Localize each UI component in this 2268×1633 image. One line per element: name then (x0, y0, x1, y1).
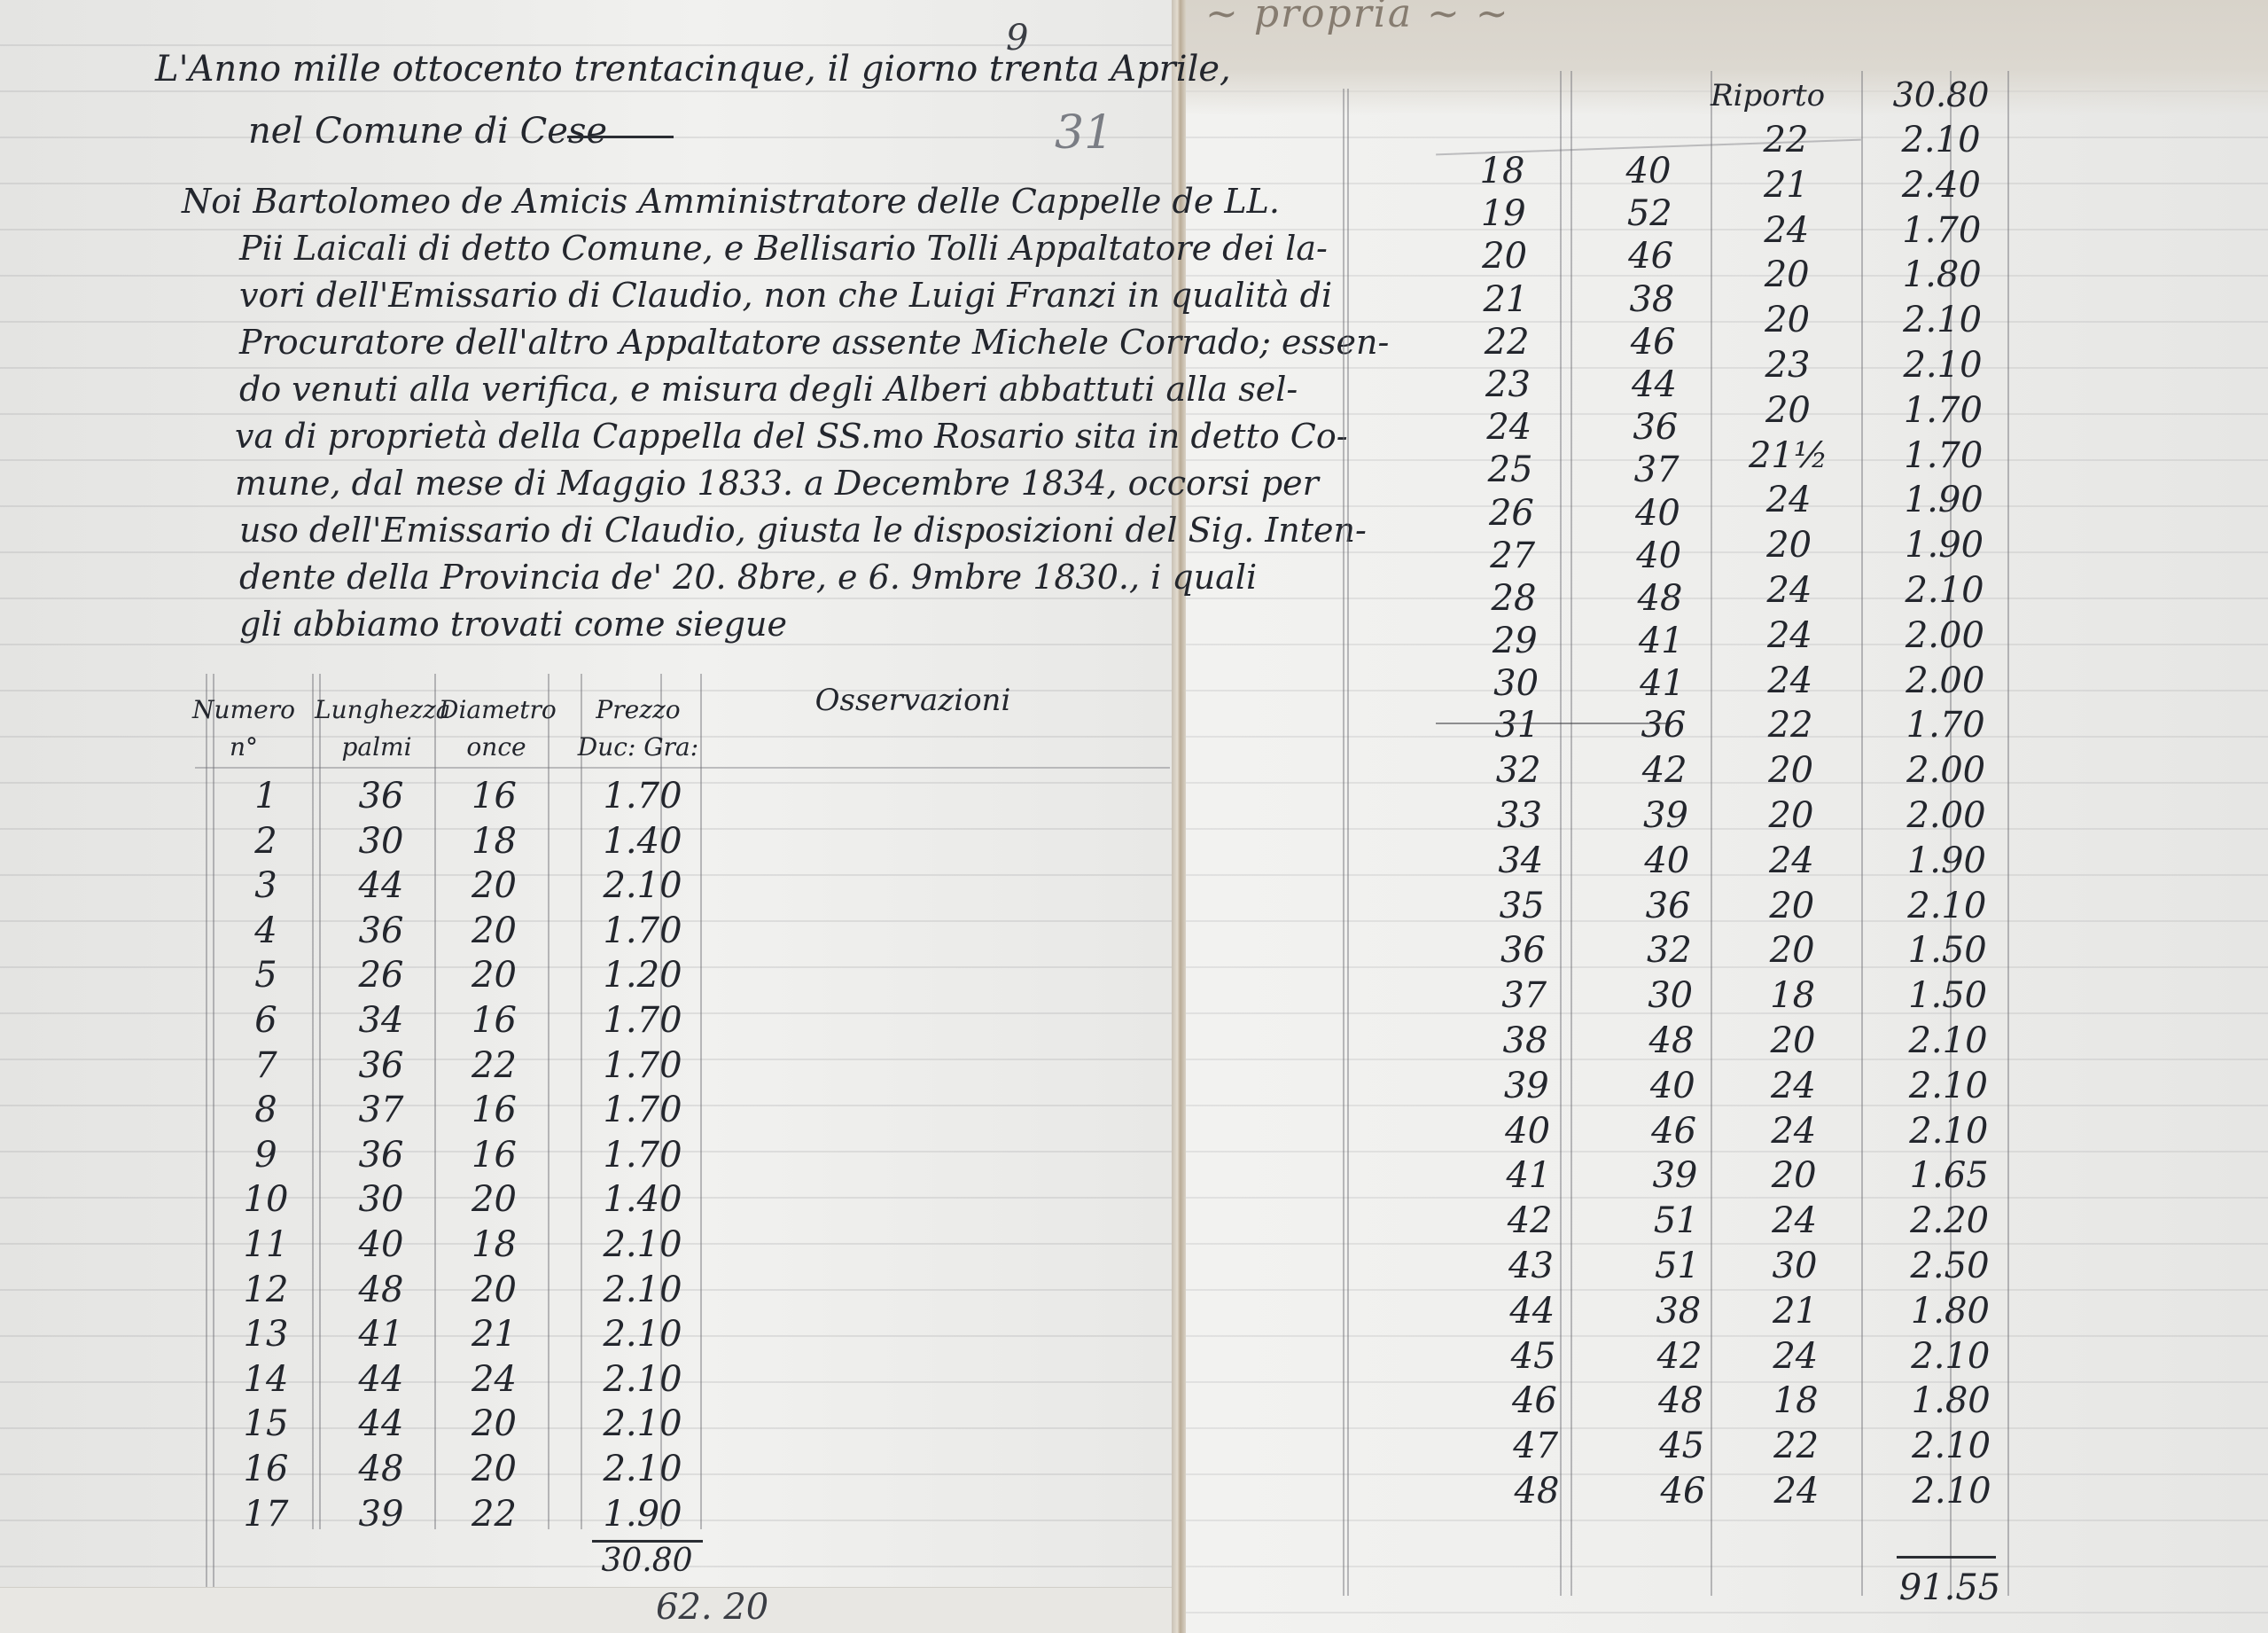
grand-total: 91.55 (1870, 1567, 2030, 1608)
cell-lunghezza: 40 (1610, 1066, 1734, 1106)
cell-diametro: 22 (1721, 1426, 1872, 1466)
cell-numero: 9 (217, 1135, 315, 1176)
cell-numero: 26 (1462, 493, 1560, 534)
cell-prezzo: 2.10 (1867, 886, 2027, 926)
cell-prezzo: 2.10 (1872, 1471, 2031, 1512)
cell-lunghezza: 46 (1612, 1111, 1736, 1152)
lower-sheet-edge (0, 1587, 1172, 1633)
cell-diametro: 23 (1712, 345, 1863, 386)
cell-prezzo: 2.10 (576, 1314, 709, 1355)
cell-numero: 17 (217, 1494, 315, 1535)
cell-lunghezza: 40 (1605, 840, 1729, 881)
cell-diametro: 21½ (1713, 435, 1864, 476)
cell-lunghezza: 52 (1587, 193, 1711, 234)
paragraph-line: Pii Laicali di detto Comune, e Bellisari… (239, 229, 1328, 268)
header-osservazioni: Osservazioni (798, 678, 1028, 723)
cell-lunghezza: 48 (323, 1270, 439, 1310)
paragraph-line: uso dell'Emissario di Claudio, giusta le… (239, 511, 1367, 550)
cell-numero: 31 (1469, 705, 1566, 746)
cell-prezzo: 1.90 (576, 1494, 709, 1535)
cell-prezzo: 2.10 (576, 1449, 709, 1489)
heading-rule (567, 136, 674, 138)
cell-diametro: 20 (1712, 390, 1863, 431)
cell-diametro: 21 (439, 1314, 549, 1355)
cell-diametro: 22 (439, 1045, 549, 1086)
cell-lunghezza: 44 (323, 1403, 439, 1444)
cell-diametro: 20 (1718, 1020, 1868, 1061)
cell-numero: 41 (1480, 1155, 1578, 1196)
paragraph-line: vori dell'Emissario di Claudio, non che … (239, 276, 1332, 315)
cell-lunghezza: 36 (1594, 407, 1718, 448)
header-diametro: Diametro once (439, 691, 554, 766)
cell-lunghezza: 34 (323, 1000, 439, 1041)
cell-diametro: 20 (1712, 300, 1863, 340)
cell-numero: 1 (217, 776, 315, 816)
cell-diametro: 24 (1718, 1066, 1868, 1106)
cell-numero: 28 (1465, 578, 1563, 619)
cell-prezzo: 1.70 (576, 1090, 709, 1130)
cell-diametro: 24 (1713, 480, 1864, 520)
cell-diametro: 22 (1715, 705, 1866, 746)
lower-sheet-partial-number: 62. 20 (656, 1587, 768, 1628)
cell-prezzo: 2.10 (1865, 570, 2024, 611)
cell-diametro: 20 (439, 955, 549, 996)
cell-prezzo: 1.80 (1870, 1291, 2030, 1332)
carry-forward-label: Riporto (1711, 78, 1825, 113)
cell-lunghezza: 39 (323, 1494, 439, 1535)
cell-prezzo: 1.70 (576, 1000, 709, 1041)
column-rule (319, 674, 321, 1529)
cell-prezzo: 2.10 (1863, 345, 2022, 386)
cell-numero: 39 (1477, 1066, 1575, 1106)
cell-lunghezza: 48 (1609, 1020, 1734, 1061)
cell-numero: 37 (1476, 975, 1573, 1016)
cell-prezzo: 1.80 (1871, 1380, 2030, 1421)
cell-numero: 34 (1472, 840, 1570, 881)
cell-numero: 36 (1474, 930, 1571, 971)
cell-numero: 18 (1454, 151, 1551, 191)
cell-prezzo: 1.40 (576, 821, 709, 862)
cell-numero: 33 (1471, 795, 1569, 836)
cell-numero: 30 (1468, 663, 1565, 704)
cell-diametro: 22 (439, 1494, 549, 1535)
cell-numero: 22 (1458, 322, 1555, 363)
cell-numero: 23 (1460, 364, 1557, 405)
cell-lunghezza: 46 (1591, 322, 1715, 363)
cell-numero: 19 (1454, 193, 1552, 234)
cell-diametro: 22 (1711, 120, 1861, 160)
cell-diametro: 18 (1718, 975, 1868, 1016)
cell-prezzo: 1.70 (576, 1045, 709, 1086)
cell-lunghezza: 44 (1593, 364, 1717, 405)
cell-prezzo: 2.10 (1863, 300, 2022, 340)
cell-prezzo: 2.10 (1868, 1020, 2028, 1061)
cell-diametro: 20 (1719, 1155, 1869, 1196)
cell-prezzo: 2.10 (576, 1224, 709, 1265)
cell-prezzo: 2.10 (1868, 1066, 2028, 1106)
grand-total-rule (1897, 1556, 1996, 1559)
cell-lunghezza: 48 (1598, 578, 1722, 619)
cell-numero: 27 (1464, 535, 1562, 576)
cell-numero: 43 (1483, 1246, 1580, 1286)
overlapping-sheet-partial-text: ~ propria ~ ~ (1205, 0, 1510, 36)
cell-numero: 32 (1469, 750, 1567, 791)
cell-diametro: 20 (439, 910, 549, 951)
cell-prezzo: 2.00 (1867, 750, 2026, 791)
cell-prezzo: 2.10 (1861, 120, 2021, 160)
column-rule (1347, 89, 1349, 1596)
cell-numero: 21 (1457, 279, 1555, 320)
cell-prezzo: 1.50 (1867, 930, 2027, 971)
cell-prezzo: 1.40 (576, 1179, 709, 1220)
cell-diametro: 20 (439, 1403, 549, 1444)
column-rule (1343, 89, 1344, 1596)
paragraph-line: Noi Bartolomeo de Amicis Amministratore … (182, 182, 1280, 221)
cell-lunghezza: 48 (323, 1449, 439, 1489)
cell-diametro: 24 (1721, 1471, 1872, 1512)
cell-lunghezza: 39 (1604, 795, 1728, 836)
cell-diametro: 18 (439, 821, 549, 862)
cell-numero: 11 (217, 1224, 315, 1265)
carry-forward-value: 30.80 (1861, 75, 2021, 114)
cell-numero: 46 (1485, 1380, 1583, 1421)
cell-numero: 15 (217, 1403, 315, 1444)
cell-diametro: 20 (1716, 750, 1867, 791)
cell-prezzo: 2.00 (1867, 795, 2026, 836)
cell-numero: 44 (1484, 1291, 1581, 1332)
paragraph-line: do venuti alla verifica, e misura degli … (239, 370, 1298, 409)
cell-diametro: 16 (439, 1090, 549, 1130)
cell-lunghezza: 30 (1609, 975, 1733, 1016)
cell-prezzo: 1.70 (576, 1135, 709, 1176)
cell-numero: 14 (217, 1359, 315, 1400)
cell-lunghezza: 32 (1607, 930, 1731, 971)
cell-lunghezza: 36 (1602, 705, 1726, 746)
cell-lunghezza: 37 (1594, 449, 1719, 490)
heading-line-2: nel Comune di Cese (248, 111, 607, 152)
cell-prezzo: 1.70 (1862, 210, 2022, 251)
cell-prezzo: 2.00 (1866, 660, 2025, 701)
cell-lunghezza: 36 (323, 1045, 439, 1086)
paragraph-line: gli abbiamo trovati come siegue (239, 605, 787, 644)
paragraph-line: dente della Provincia de' 20. 8bre, e 6.… (239, 558, 1257, 597)
cell-diametro: 24 (1715, 660, 1866, 701)
cell-prezzo: 1.65 (1869, 1155, 2029, 1196)
column-rule (206, 674, 207, 1587)
cell-numero: 20 (1456, 236, 1554, 277)
cell-prezzo: 1.50 (1868, 975, 2028, 1016)
cell-diametro: 21 (1719, 1291, 1870, 1332)
cell-lunghezza: 40 (1586, 151, 1711, 191)
cell-prezzo: 1.90 (1865, 525, 2024, 566)
cell-numero: 12 (217, 1270, 315, 1310)
cell-prezzo: 2.20 (1870, 1200, 2030, 1241)
cell-diametro: 24 (1711, 210, 1862, 251)
cell-numero: 7 (217, 1045, 315, 1086)
cell-prezzo: 1.70 (1863, 390, 2022, 431)
cell-lunghezza: 44 (323, 865, 439, 906)
cell-lunghezza: 44 (323, 1359, 439, 1400)
cell-numero: 8 (217, 1090, 315, 1130)
cell-numero: 24 (1461, 407, 1558, 448)
cell-numero: 38 (1477, 1020, 1574, 1061)
cell-diametro: 20 (439, 865, 549, 906)
cell-numero: 29 (1466, 621, 1563, 661)
cell-diametro: 20 (1717, 930, 1867, 971)
cell-prezzo: 1.80 (1862, 254, 2022, 295)
header-numero: Numero n° (191, 691, 297, 766)
cell-lunghezza: 40 (323, 1224, 439, 1265)
cell-lunghezza: 41 (323, 1314, 439, 1355)
cell-prezzo: 2.00 (1865, 615, 2024, 656)
paragraph-line: mune, dal mese di Maggio 1833. a Decembr… (235, 464, 1319, 503)
heading-line-1: L'Anno mille ottocento trentacinque, il … (155, 49, 1231, 90)
cell-lunghezza: 26 (323, 955, 439, 996)
cell-lunghezza: 40 (1595, 493, 1719, 534)
cell-lunghezza: 36 (1606, 886, 1730, 926)
cell-prezzo: 1.70 (576, 910, 709, 951)
cell-numero: 40 (1479, 1111, 1577, 1152)
cell-diametro: 20 (439, 1449, 549, 1489)
cell-numero: 48 (1488, 1471, 1586, 1512)
cell-numero: 4 (217, 910, 315, 951)
cell-prezzo: 2.10 (1871, 1336, 2030, 1377)
cell-prezzo: 2.10 (576, 1270, 709, 1310)
cell-numero: 25 (1461, 449, 1559, 490)
cell-prezzo: 2.10 (576, 1359, 709, 1400)
cell-diametro: 24 (1714, 615, 1865, 656)
cell-lunghezza: 38 (1590, 279, 1714, 320)
cell-diametro: 20 (1714, 525, 1865, 566)
header-lunghezza: Lunghezza palmi (315, 691, 439, 766)
cell-prezzo: 1.90 (1867, 840, 2026, 881)
left-subtotal: 30.80 (585, 1543, 709, 1579)
cell-lunghezza: 40 (1597, 535, 1721, 576)
cell-lunghezza: 30 (323, 1179, 439, 1220)
cell-lunghezza: 37 (323, 1090, 439, 1130)
cell-lunghezza: 36 (323, 1135, 439, 1176)
cell-diametro: 24 (1719, 1200, 1870, 1241)
cell-lunghezza: 41 (1601, 663, 1725, 704)
cell-numero: 6 (217, 1000, 315, 1041)
cell-prezzo: 2.50 (1870, 1246, 2030, 1286)
cell-numero: 2 (217, 821, 315, 862)
cell-numero: 42 (1481, 1200, 1578, 1241)
cell-prezzo: 1.70 (576, 776, 709, 816)
cell-prezzo: 1.70 (1864, 435, 2023, 476)
cell-numero: 45 (1485, 1336, 1582, 1377)
cell-diametro: 24 (439, 1359, 549, 1400)
cell-diametro: 16 (439, 776, 549, 816)
cell-prezzo: 1.90 (1864, 480, 2023, 520)
cell-prezzo: 2.10 (1869, 1111, 2029, 1152)
cell-prezzo: 2.40 (1861, 165, 2021, 206)
cell-prezzo: 2.10 (1872, 1426, 2031, 1466)
cell-diametro: 20 (1717, 886, 1867, 926)
cell-numero: 35 (1473, 886, 1570, 926)
cell-diametro: 16 (439, 1000, 549, 1041)
cell-lunghezza: 36 (323, 776, 439, 816)
cell-numero: 13 (217, 1314, 315, 1355)
cell-lunghezza: 42 (1602, 750, 1726, 791)
cell-diametro: 18 (439, 1224, 549, 1265)
cell-prezzo: 2.10 (576, 865, 709, 906)
cell-diametro: 30 (1719, 1246, 1870, 1286)
cell-diametro: 16 (439, 1135, 549, 1176)
paragraph-line: Procuratore dell'altro Appaltatore assen… (239, 323, 1389, 362)
cell-lunghezza: 36 (323, 910, 439, 951)
cell-prezzo: 2.10 (576, 1403, 709, 1444)
cell-diametro: 20 (1716, 795, 1867, 836)
column-rule (213, 674, 214, 1587)
cell-prezzo: 1.70 (1866, 705, 2025, 746)
paragraph-line: va di proprietà della Cappella del SS.mo… (235, 417, 1348, 456)
cell-diametro: 24 (1716, 840, 1867, 881)
header-prezzo: Prezzo Duc: Gra: (567, 691, 709, 766)
cell-numero: 10 (217, 1179, 315, 1220)
cell-diametro: 20 (439, 1179, 549, 1220)
cell-diametro: 20 (1711, 254, 1862, 295)
cell-prezzo: 1.20 (576, 955, 709, 996)
cell-diametro: 24 (1714, 570, 1865, 611)
cell-diametro: 24 (1720, 1336, 1871, 1377)
cell-numero: 16 (217, 1449, 315, 1489)
cell-diametro: 18 (1720, 1380, 1871, 1421)
cell-lunghezza: 41 (1599, 621, 1723, 661)
cell-numero: 5 (217, 955, 315, 996)
pencil-number: 31 (1055, 106, 1113, 160)
cell-diametro: 24 (1719, 1111, 1869, 1152)
cell-diametro: 20 (439, 1270, 549, 1310)
cell-numero: 47 (1487, 1426, 1585, 1466)
cell-lunghezza: 30 (323, 821, 439, 862)
cell-numero: 3 (217, 865, 315, 906)
header-rule (195, 767, 1170, 769)
cell-diametro: 21 (1711, 165, 1861, 206)
cell-lunghezza: 46 (1589, 236, 1713, 277)
